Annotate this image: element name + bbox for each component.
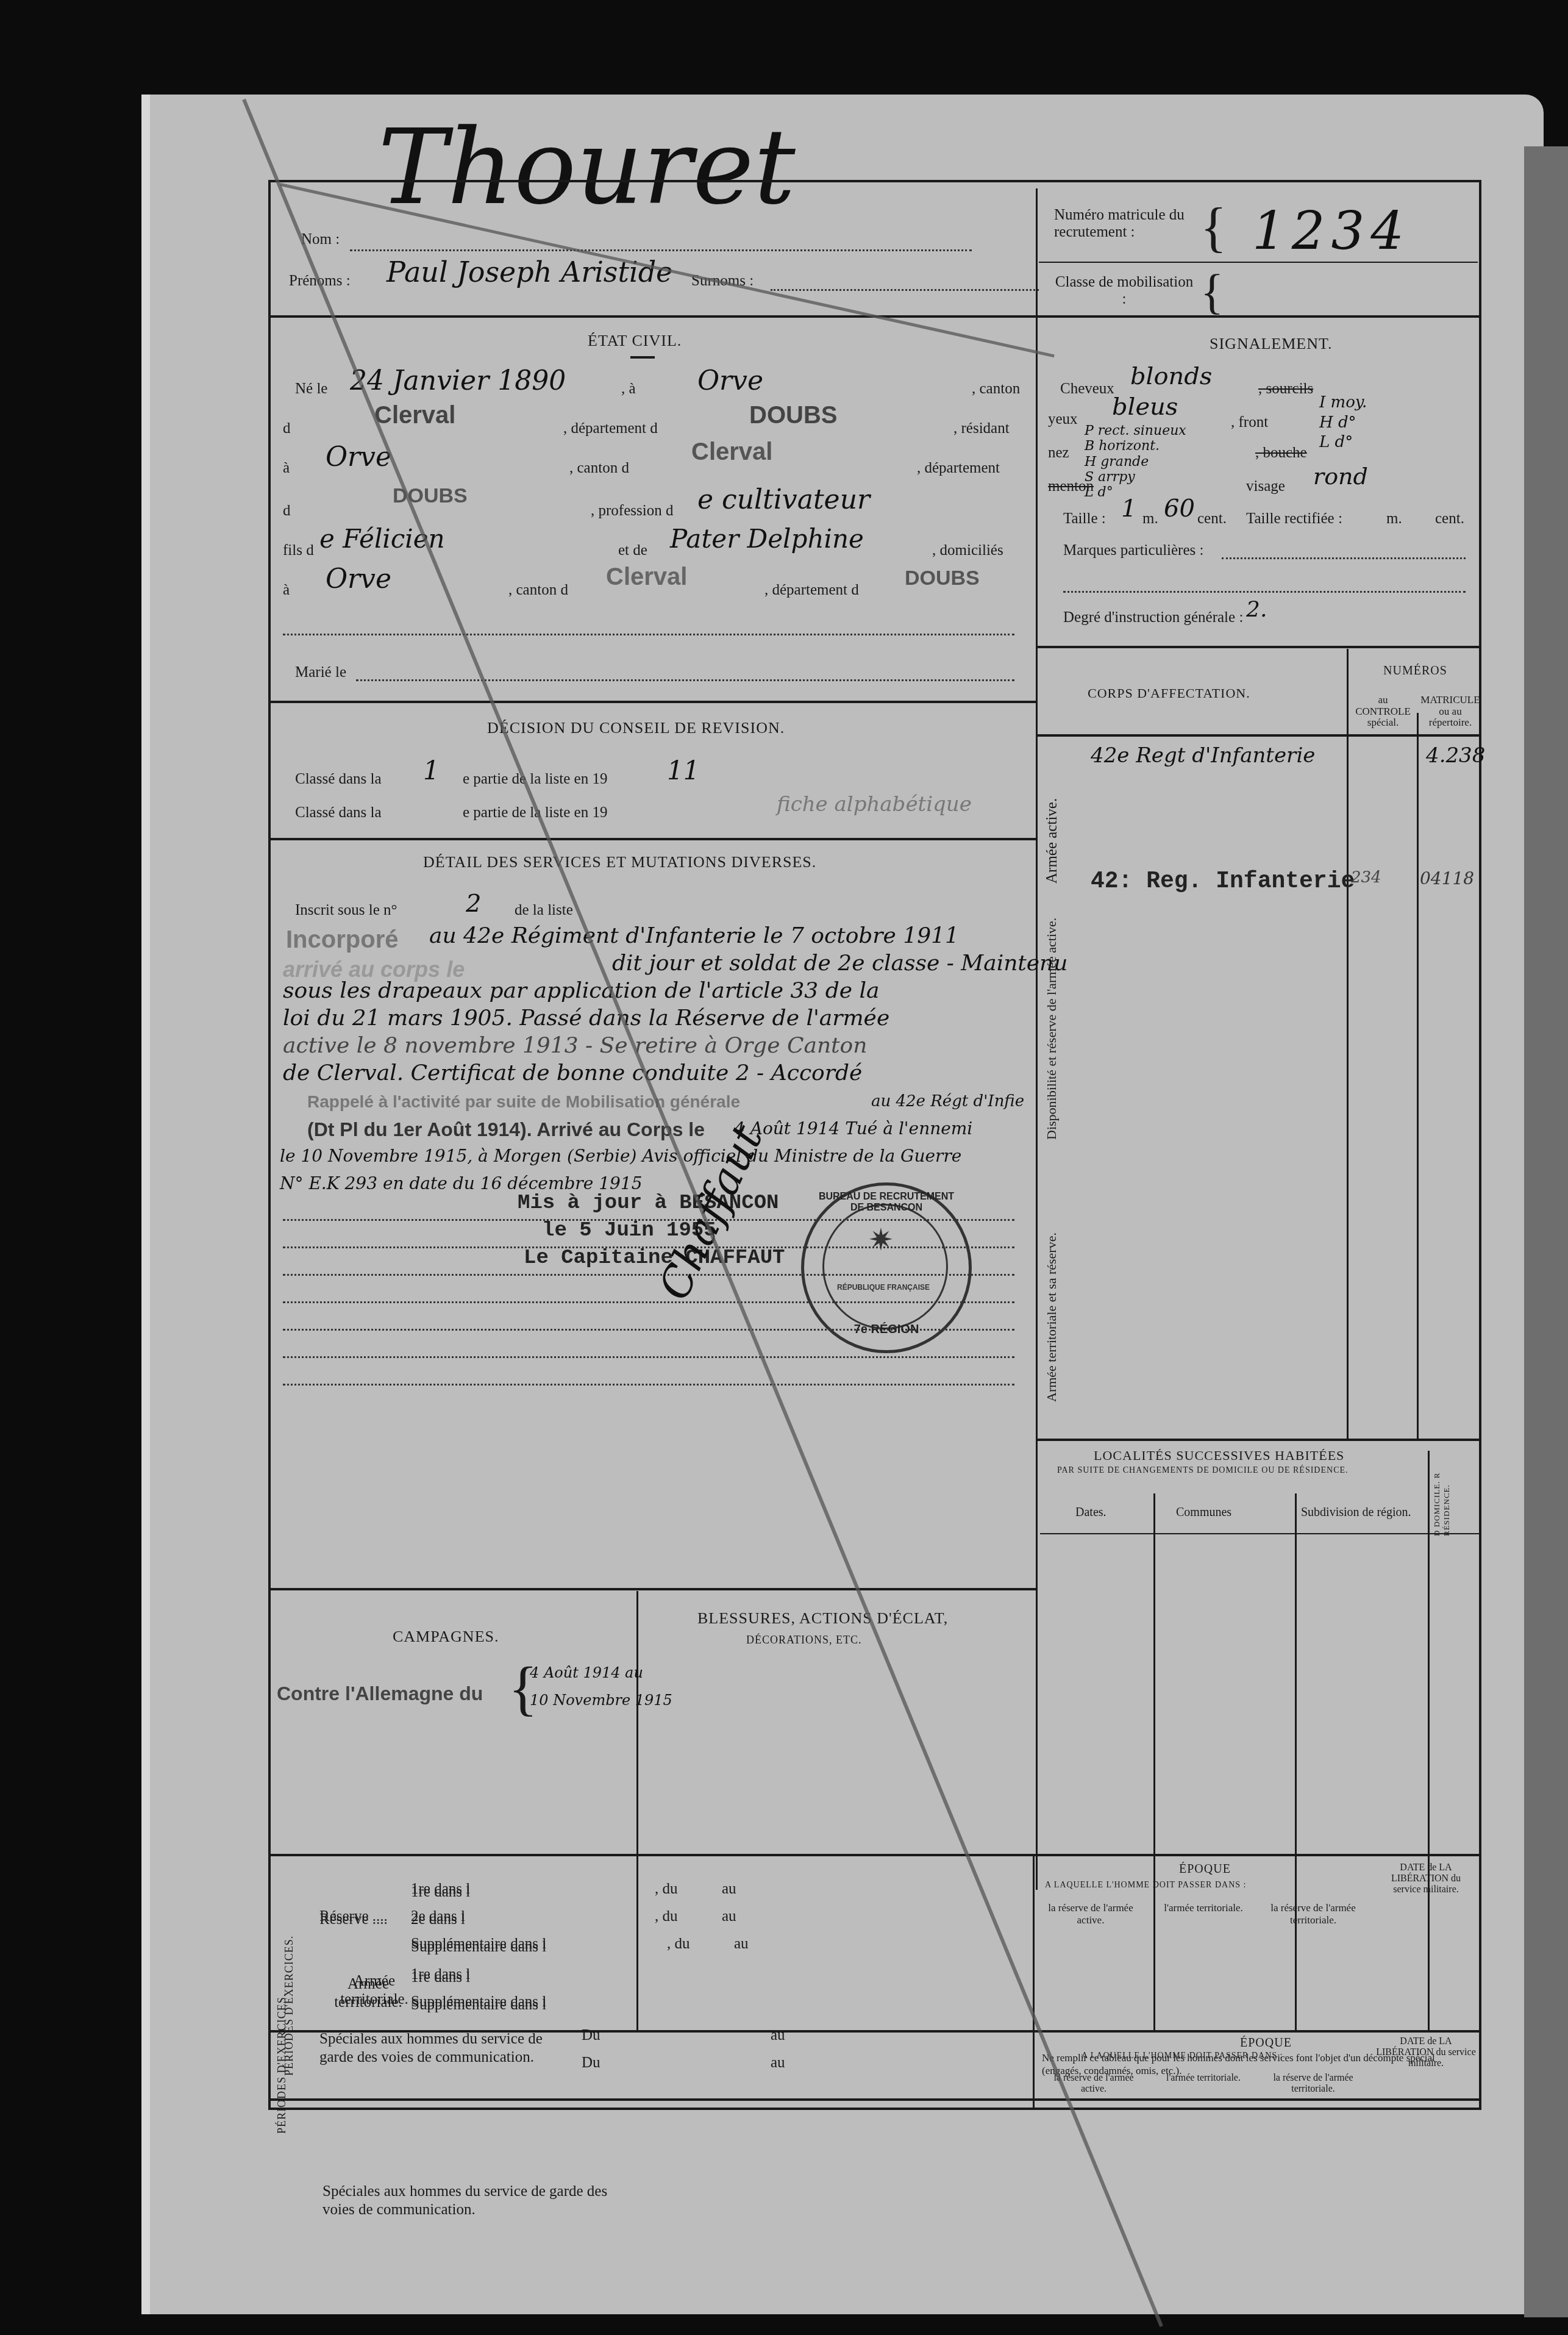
yeux-label: yeux — [1048, 411, 1078, 428]
res-a-value: Orve — [326, 442, 391, 473]
dom-departement-value: DOUBS — [905, 567, 980, 590]
localites-header-bottom — [1040, 1533, 1479, 1534]
page-fold — [1524, 146, 1568, 2317]
active-matricule: 4.238 — [1426, 743, 1485, 768]
signalement-title: SIGNALEMENT. — [1210, 335, 1332, 353]
de-la-liste-label: de la liste — [515, 902, 573, 919]
section-active: Armée active. — [1044, 749, 1061, 884]
campagne-stamp: Contre l'Allemagne du — [277, 1682, 483, 1705]
col-dr: D DOMICILE. R RÉSIDENCE. — [1432, 1451, 1452, 1536]
etat-civil-bottom — [271, 701, 1036, 703]
conseil-bottom — [271, 838, 1036, 840]
yeux-value: bleus — [1112, 393, 1178, 421]
campagne-to: 10 Novembre 1915 — [530, 1692, 672, 1709]
reserve-row-2: 2e dans l — [411, 1911, 465, 1928]
nez-label: nez — [1048, 445, 1069, 462]
matricule-brace: { — [1200, 201, 1227, 256]
a-label: , à — [621, 381, 636, 398]
profession-value: e cultivateur — [697, 484, 870, 515]
dom-canton-value: Clerval — [606, 563, 687, 591]
degre-label: Degré d'instruction générale : — [1063, 609, 1243, 626]
bouche-label: , bouche — [1255, 445, 1307, 462]
etat-civil-title: ÉTAT CIVIL. — [588, 332, 682, 350]
res-canton-label: , canton d — [569, 460, 629, 477]
classe-row1-partie: 1 — [423, 756, 440, 785]
matricule-label: Numéro matricule du recrutement : — [1054, 207, 1194, 240]
col-controle: au CONTROLE spécial. — [1351, 695, 1415, 729]
au-label: au — [771, 2054, 785, 2072]
ne-le-label: Né le — [295, 381, 327, 398]
speciales-label: Spéciales aux hommes du service de garde… — [323, 2183, 609, 2219]
a-value: Orve — [697, 365, 763, 396]
service-line-4: loi du 21 mars 1905. Passé dans la Réser… — [283, 1006, 889, 1031]
d2-label: d — [283, 502, 291, 520]
nez-values: P rect. sinueux B horizont. H grande S a… — [1085, 423, 1186, 500]
taille-rect-cent: cent. — [1435, 510, 1464, 527]
cheveux-value: blonds — [1130, 362, 1212, 390]
margin-note: fiche alphabétique — [777, 792, 972, 817]
campagne-from: 4 Août 1914 au — [530, 1664, 643, 1681]
section-territoriale: Armée territoriale et sa réserve. — [1044, 1146, 1060, 1402]
Du-label: Du — [582, 2054, 600, 2072]
rappele-hand: au 42e Régt d'Infie — [871, 1092, 1024, 1110]
res-a-label: à — [283, 460, 290, 477]
active-entry: 42e Regt d'Infanterie — [1091, 743, 1315, 768]
col-subdivision: Subdivision de région. — [1301, 1506, 1411, 1520]
fils-label: fils d — [283, 542, 314, 559]
classe-row1-annee: 11 — [667, 756, 699, 785]
epoque-subtitle: A LAQUELLE L'HOMME DOIT PASSER DANS : — [1045, 1881, 1246, 1890]
dp-hand: 4 Août 1914 Tué à l'ennemi — [734, 1118, 972, 1139]
title-rule — [630, 356, 655, 359]
epoque-col-2: l'armée territoriale. — [1152, 1902, 1255, 1914]
classe-row1-liste: e partie de la liste en 19 — [463, 771, 607, 788]
blank-line — [283, 634, 1014, 635]
territoriale-label: Armée territoriale. — [326, 1975, 411, 2012]
service-line-2: dit jour et soldat de 2e classe - Mainte… — [612, 951, 1068, 976]
service-line-1: au 42e Régiment d'Infanterie le 7 octobr… — [429, 923, 959, 948]
dom-a-value: Orve — [326, 563, 391, 595]
front-label: , front — [1231, 414, 1268, 431]
signalement-bottom — [1038, 646, 1480, 648]
reserve-row-1: 1re dans l — [411, 1884, 470, 1901]
seal-region: 7e RÉGION — [847, 1323, 926, 1337]
d-label: d — [283, 420, 291, 437]
seal-outer-text: BUREAU DE RECRUTEMENT DE BESANCON — [816, 1192, 957, 1214]
periodes-divider — [1033, 1856, 1035, 2108]
corps-bottom — [1038, 1439, 1480, 1441]
terr-row-2: Supplémentaire dans l — [411, 1997, 546, 2014]
main-column-divider — [1036, 188, 1038, 1890]
taille-m-label: m. — [1142, 510, 1158, 527]
service-blank-line — [283, 1384, 1014, 1386]
et-de-label: et de — [618, 542, 647, 559]
col-matricule: MATRICULE ou au répertoire. — [1420, 695, 1481, 729]
reserve-label: Réserve .... — [319, 1911, 388, 1928]
marques-line — [1222, 557, 1466, 559]
marie-line — [356, 679, 1014, 681]
speciales-label: Spéciales aux hommes du service de garde… — [319, 2030, 563, 2067]
terr-row-1: 1re dans l — [411, 1969, 470, 1986]
col-dates: Dates. — [1075, 1506, 1107, 1520]
visage-label: visage — [1246, 478, 1285, 495]
conseil-title: DÉCISION DU CONSEIL DE REVISION. — [487, 719, 785, 737]
incorpore-stamp: Incorporé — [286, 926, 398, 954]
avis-line: N° E.K 293 en date du 16 décembre 1915 — [280, 1173, 642, 1193]
registre-matricule-form: Nom : Prénoms : Paul Joseph Aristide Sur… — [268, 180, 1481, 2101]
epoque-title: ÉPOQUE — [1179, 1862, 1231, 1876]
departement-label: , département d — [563, 420, 658, 437]
divider — [1039, 262, 1478, 263]
taille-label: Taille : — [1063, 510, 1106, 527]
domicilies-label: , domiciliés — [932, 542, 1003, 559]
dom-canton-label: , canton d — [508, 582, 568, 599]
services-bottom — [271, 1588, 1036, 1590]
mere-value: Pater Delphine — [670, 524, 864, 554]
capitaine-name: Le Capitaine CHAFFAUT — [524, 1246, 785, 1270]
Du-label: Du — [582, 2027, 600, 2044]
res-departement-label: , département — [917, 460, 1000, 477]
classe-row1-label: Classé dans la — [295, 771, 382, 788]
taille-cent-label: cent. — [1197, 510, 1227, 527]
profession-label: , profession d — [591, 502, 673, 520]
menton-label: menton — [1048, 478, 1094, 495]
blessures-subtitle: DÉCORATIONS, ETC. — [746, 1634, 862, 1647]
inscrit-value: 2 — [466, 890, 481, 918]
service-line-6: de Clerval. Certificat de bonne conduite… — [283, 1060, 862, 1085]
marie-label: Marié le — [295, 664, 346, 681]
classe-row2-label: Classé dans la — [295, 804, 382, 821]
blessures-title: BLESSURES, ACTIONS D'ÉCLAT, — [697, 1609, 948, 1628]
recrutement-seal: BUREAU DE RECRUTEMENT DE BESANCON ✷ RÉPU… — [801, 1182, 972, 1353]
classe-brace: { — [1200, 268, 1224, 316]
marques-label: Marques particulières : — [1063, 542, 1203, 559]
reserve-entry: 42: Reg. Infanterie — [1091, 868, 1355, 895]
localites-subtitle: PAR SUITE DE CHANGEMENTS DE DOMICILE OU … — [1057, 1466, 1349, 1476]
reserve-matricule: 04118 — [1420, 868, 1474, 889]
numeros-title: NUMÉROS — [1383, 664, 1447, 678]
taille-cent-value: 60 — [1164, 495, 1195, 523]
dom-departement-label: , département d — [764, 582, 859, 599]
page-edge — [141, 95, 150, 2314]
residant-label: , résidant — [953, 420, 1010, 437]
matricule-value: 1234 — [1252, 201, 1410, 262]
section-disponibilite: Disponibilité et réserve de l'armée acti… — [1044, 884, 1060, 1140]
au-label: au — [771, 2027, 785, 2044]
visage-value: rond — [1313, 463, 1368, 490]
service-line-5: active le 8 novembre 1913 - Se retire à … — [283, 1033, 867, 1058]
periodes-block: PÉRIODES D'EXERCICES. Réserve .... 1re d… — [268, 1854, 1481, 2110]
periodes-side-label: PÉRIODES D'EXERCICES. — [283, 1905, 296, 2076]
campagnes-title: CAMPAGNES. — [393, 1628, 499, 1646]
corps-title: CORPS D'AFFECTATION. — [1088, 685, 1250, 701]
canton-label: , canton — [972, 381, 1020, 398]
degre-value: 2. — [1246, 597, 1267, 622]
seal-inner-text: RÉPUBLIQUE FRANÇAISE — [835, 1283, 932, 1292]
reserve-row-3: Supplémentaire dans l — [411, 1939, 546, 1956]
inscrit-label: Inscrit sous le n° — [295, 902, 397, 919]
epoque-col-1: la réserve de l'armée active. — [1039, 1902, 1142, 1926]
sourcils-label: , sourcils — [1258, 381, 1313, 398]
localites-title: LOCALITÉS SUCCESSIVES HABITÉES — [1094, 1448, 1344, 1464]
numeros-col-divider — [1417, 713, 1419, 1439]
service-blank-line — [283, 1356, 1014, 1358]
taille-m-value: 1 — [1121, 495, 1136, 523]
rappele-stamp: Rappelé à l'activité par suite de Mobili… — [307, 1092, 740, 1112]
nom-label: Nom : — [301, 231, 340, 248]
classe-label: Classe de mobilisation : — [1054, 274, 1194, 307]
taille-rect-m: m. — [1386, 510, 1402, 527]
epoque-note: Ne remplir ce tableau que pour les homme… — [1042, 2051, 1475, 2078]
epoque-col-3: la réserve de l'armée territoriale. — [1261, 1902, 1365, 1926]
departement-value: DOUBS — [749, 402, 837, 429]
dom-a-label: à — [283, 582, 290, 599]
date-liberation-title: DATE de LA LIBÉRATION du service militai… — [1377, 1862, 1475, 1895]
cheveux-label: Cheveux — [1060, 381, 1114, 398]
numeros-divider — [1347, 649, 1349, 1439]
reserve-controle: 234 — [1351, 868, 1381, 887]
tue-line: le 10 Novembre 1915, à Morgen (Serbie) A… — [280, 1146, 961, 1166]
marques-line-2 — [1063, 591, 1466, 593]
service-line-3: sous les drapeaux par application de l'a… — [283, 978, 879, 1003]
ne-le-value: 24 Janvier 1890 — [350, 365, 566, 396]
front-values: I moy. H d° L d° — [1319, 393, 1367, 452]
col-communes: Communes — [1176, 1506, 1231, 1520]
services-title: DÉTAIL DES SERVICES ET MUTATIONS DIVERSE… — [423, 853, 816, 871]
corps-header-bottom — [1038, 734, 1480, 737]
surnoms-line — [771, 289, 1039, 291]
dp-stamp: (Dt Pl du 1er Août 1914). Arrivé au Corp… — [307, 1118, 705, 1141]
canton-value: Clerval — [374, 402, 455, 429]
nom-line — [350, 249, 972, 251]
taille-rect-label: Taille rectifiée : — [1246, 510, 1342, 527]
seal-star-icon: ✷ — [868, 1222, 894, 1257]
res-canton-value: Clerval — [691, 438, 772, 466]
